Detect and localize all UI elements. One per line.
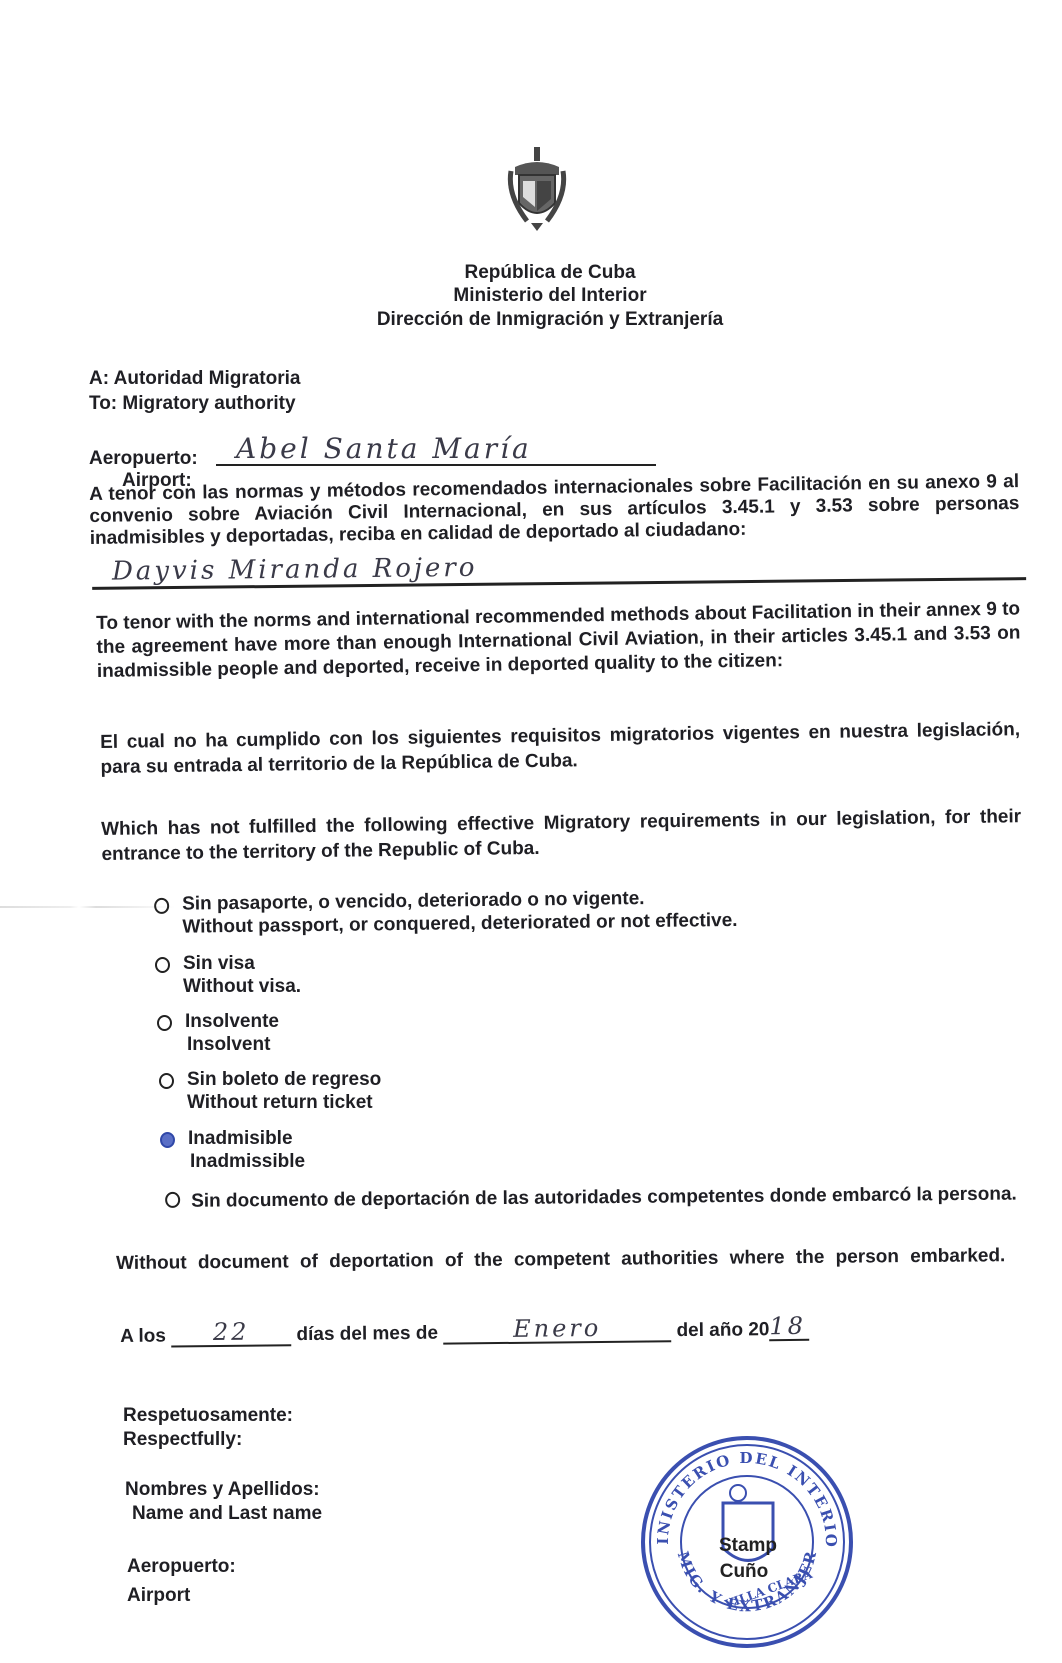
airport-bottom-es: Aeropuerto: (127, 1556, 236, 1578)
requirements-es: El cual no ha cumplido con los siguiente… (100, 717, 1021, 780)
radio-checked-icon[interactable] (160, 1132, 175, 1148)
requirements-en: Which has not fulfilled the following ef… (101, 804, 1022, 867)
radio-circle-icon[interactable] (165, 1192, 180, 1208)
date-line: A los 22 días del mes de Enero del año 2… (120, 1315, 810, 1348)
option-no-deportation-doc[interactable]: Sin documento de deportación de las auto… (163, 1175, 1039, 1221)
name-label-en: Name and Last name (132, 1503, 322, 1525)
recipient-es: A: Autoridad Migratoria (89, 368, 300, 390)
airport-value: Abel Santa María (216, 432, 532, 465)
header-directorate: Dirección de Inmigración y Extranjería (0, 309, 1062, 331)
radio-circle-icon[interactable] (157, 1015, 172, 1031)
intro-es: A tenor con las normas y métodos recomen… (89, 471, 1020, 550)
option-no-visa[interactable]: Sin visa Without visa. (155, 952, 301, 998)
svg-text:MINISTERIO DEL INTERIOR: MINISTERIO DEL INTERIOR (638, 1433, 840, 1549)
radio-circle-icon[interactable] (159, 1073, 174, 1089)
header-ministry: Ministerio del Interior (0, 285, 1062, 307)
citizen-name-value: Dayvis Miranda Rojero (92, 553, 478, 587)
official-stamp-icon: MINISTERIO DEL INTERIOR INMIG. Y EXTRANJ… (638, 1433, 856, 1651)
scan-artifact (0, 906, 175, 908)
svg-text:Stamp: Stamp (719, 1535, 777, 1556)
recipient-en: To: Migratory authority (89, 393, 296, 415)
option-no-passport[interactable]: Sin pasaporte, o vencido, deteriorado o … (154, 886, 738, 939)
option-insolvent[interactable]: Insolvente Insolvent (157, 1010, 279, 1056)
airport-label-es: Aeropuerto: (89, 448, 198, 470)
radio-circle-icon[interactable] (154, 898, 169, 914)
month-field[interactable]: Enero (443, 1316, 671, 1344)
year-field[interactable]: 18 (769, 1315, 809, 1341)
airport-bottom-en: Airport (127, 1585, 190, 1607)
closing-es: Respetuosamente: (123, 1405, 293, 1427)
name-label-es: Nombres y Apellidos: (125, 1479, 320, 1501)
intro-en: To tenor with the norms and internationa… (96, 597, 1021, 684)
header-republic: República de Cuba (0, 262, 1062, 284)
closing-en: Respectfully: (123, 1429, 242, 1451)
airport-field[interactable]: Abel Santa María (216, 432, 656, 466)
option6-en: Without document of deportation of the c… (116, 1243, 1040, 1276)
coat-of-arms-icon (505, 145, 569, 235)
citizen-name-field[interactable]: Dayvis Miranda Rojero (92, 547, 1026, 590)
option-inadmissible[interactable]: Inadmisible Inadmissible (160, 1127, 305, 1173)
day-field[interactable]: 22 (171, 1320, 291, 1347)
option-no-return-ticket[interactable]: Sin boleto de regreso Without return tic… (159, 1068, 381, 1114)
svg-text:Cuño: Cuño (720, 1561, 769, 1582)
radio-circle-icon[interactable] (155, 957, 170, 973)
